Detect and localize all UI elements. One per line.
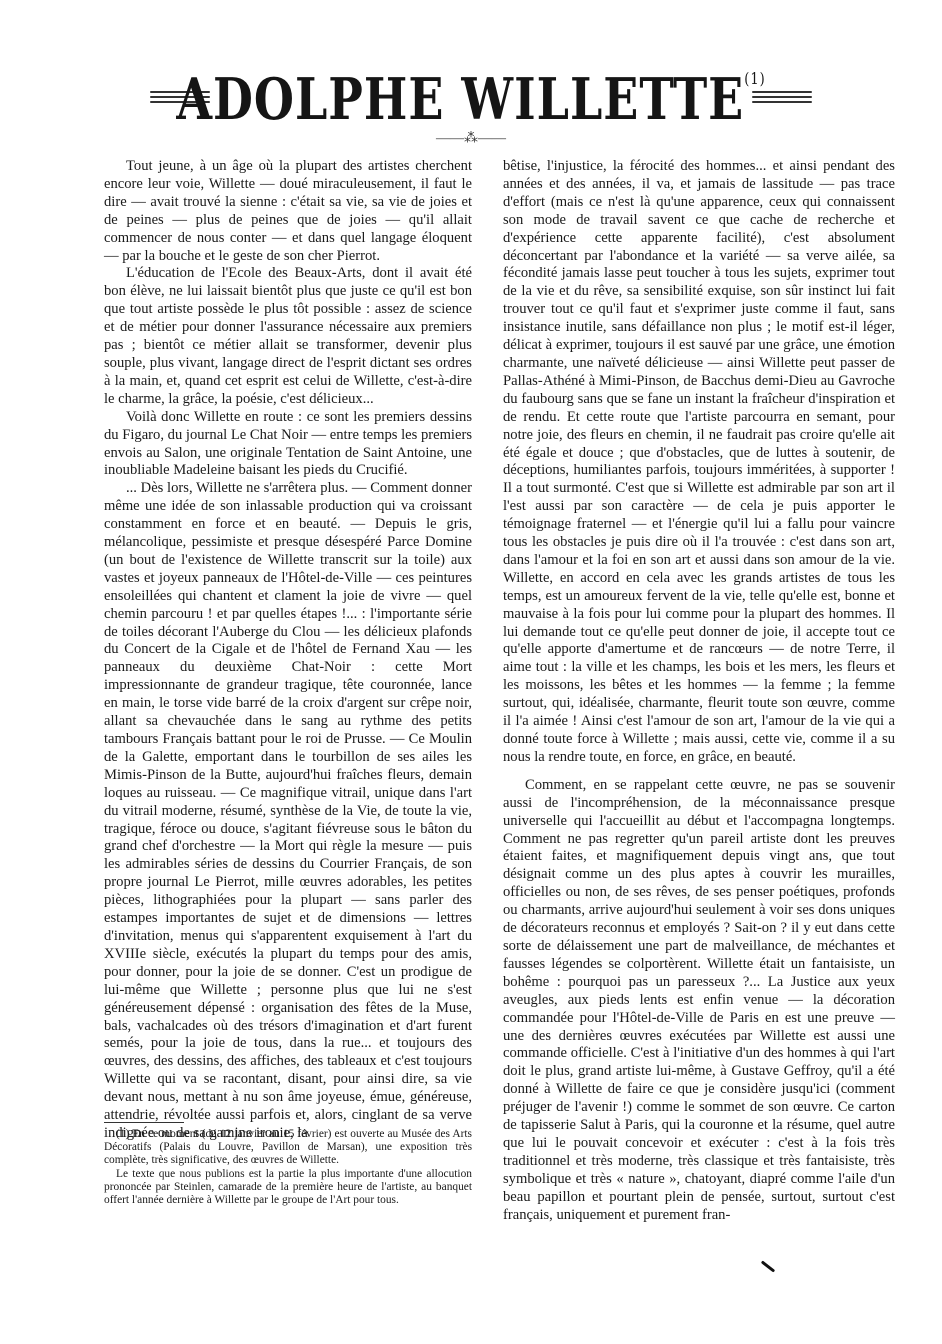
right-column: bêtise, l'injustice, la férocité des hom… bbox=[503, 158, 895, 1224]
title-divider: ——⁂—— bbox=[0, 130, 942, 147]
footnote: (1) En ce moment (du 12 janvier au 15 fé… bbox=[104, 1128, 472, 1168]
page-mark bbox=[761, 1260, 775, 1272]
title-text: ADOLPHE WILLETTE bbox=[176, 65, 744, 133]
footnote: Le texte que nous publions est la partie… bbox=[104, 1168, 472, 1208]
footnote-rule bbox=[104, 1122, 184, 1123]
paragraph: Comment, en se rappelant cette œuvre, ne… bbox=[503, 777, 895, 1225]
paragraph: L'éducation de l'Ecole des Beaux-Arts, d… bbox=[104, 265, 472, 408]
paragraph: Voilà donc Willette en route : ce sont l… bbox=[104, 409, 472, 481]
footnote-marker: (1) bbox=[744, 70, 765, 89]
paragraph: Tout jeune, à un âge où la plupart des a… bbox=[104, 158, 472, 265]
paragraph: ... Dès lors, Willette ne s'arrêtera plu… bbox=[104, 480, 472, 1143]
footnotes: (1) En ce moment (du 12 janvier au 15 fé… bbox=[104, 1128, 472, 1207]
page-title: ADOLPHE WILLETTE(1) bbox=[176, 65, 765, 133]
left-column: Tout jeune, à un âge où la plupart des a… bbox=[104, 158, 472, 1143]
title-ornament-right bbox=[752, 88, 812, 108]
paragraph: bêtise, l'injustice, la férocité des hom… bbox=[503, 158, 895, 767]
